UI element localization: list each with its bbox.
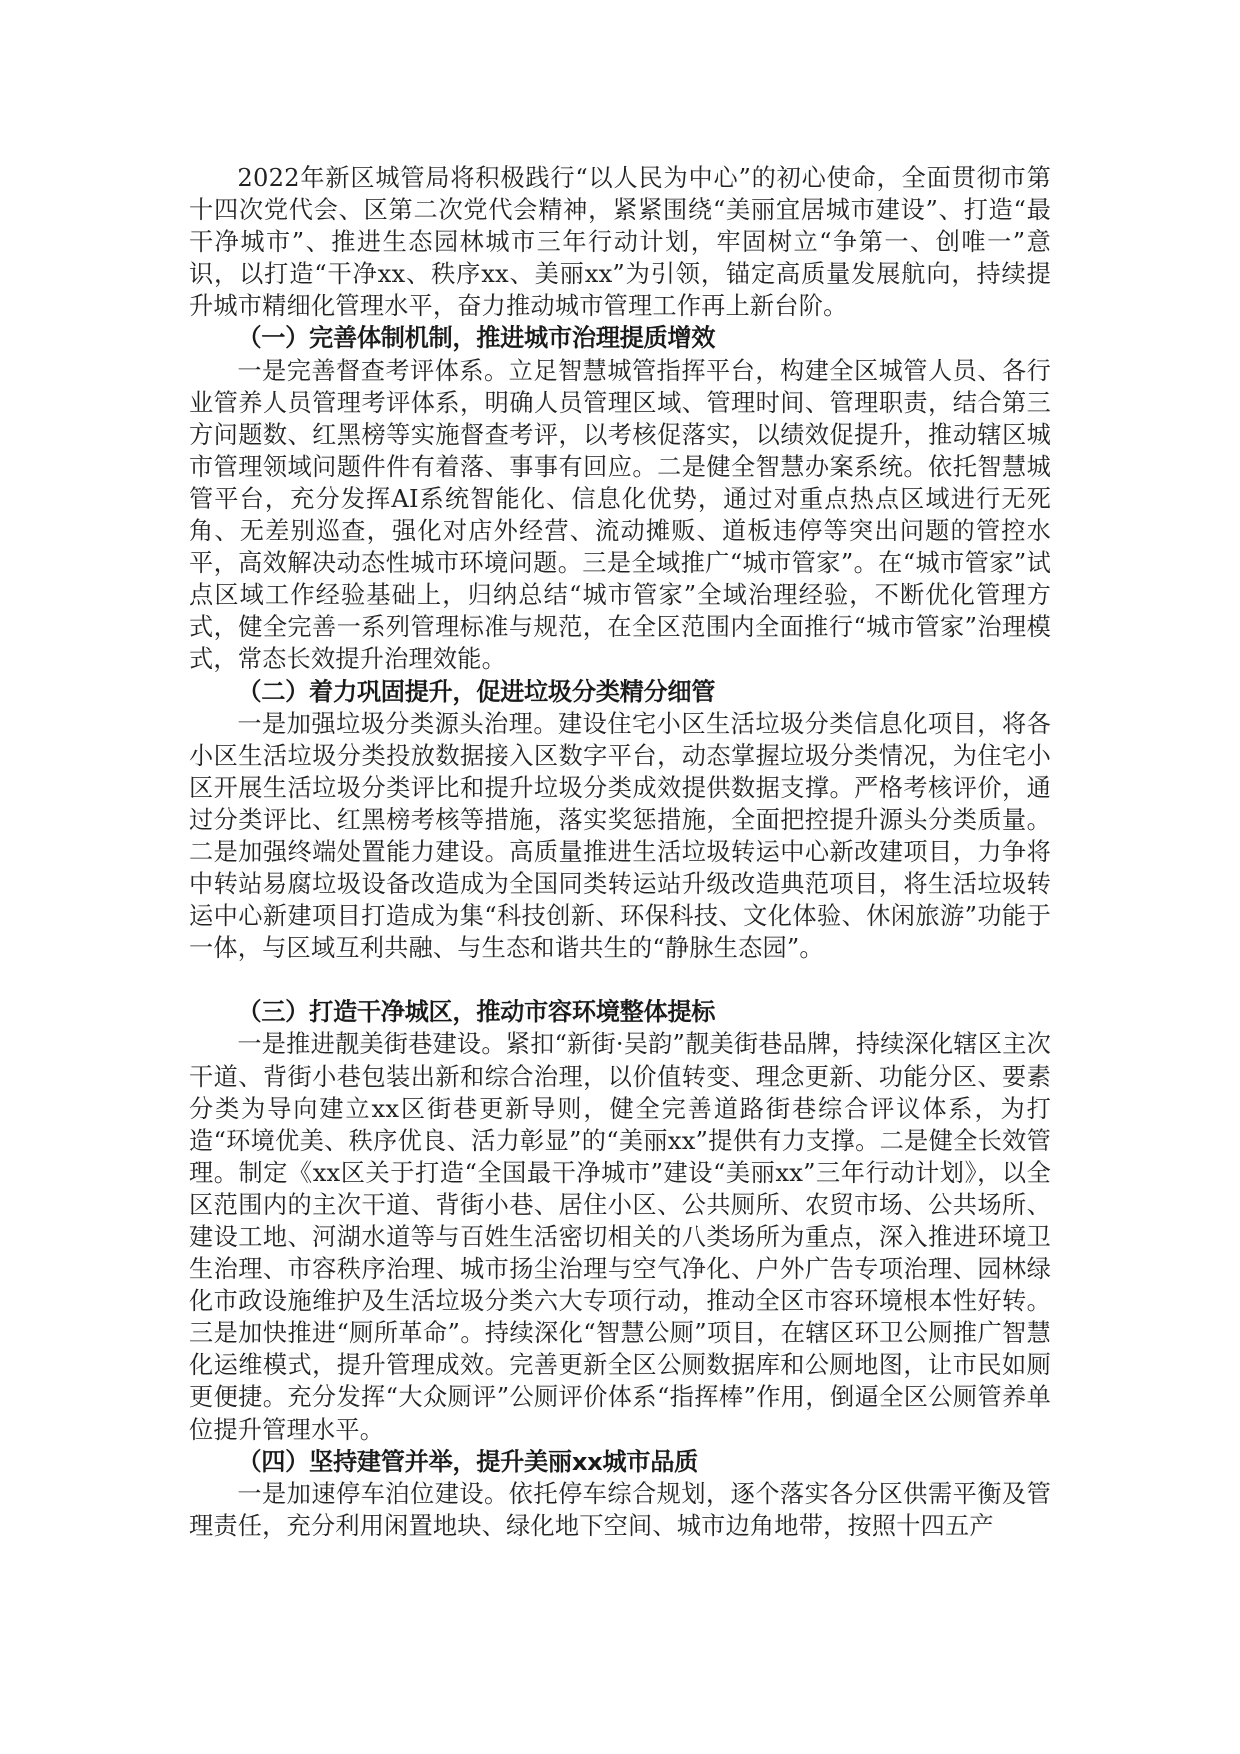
section-heading-4: （四）坚持建管并举，提升美丽xx城市品质 [189,1446,1051,1478]
paragraph-spacer [189,964,1051,996]
section-body-3: 一是推进靓美街巷建设。紧扣“新街·吴韵”靓美街巷品牌，持续深化辖区主次干道、背街… [189,1028,1051,1445]
section-body-4: 一是加速停车泊位建设。依托停车综合规划，逐个落实各分区供需平衡及管理责任，充分利… [189,1478,1051,1542]
section-heading-3: （三）打造干净城区，推动市容环境整体提标 [189,996,1051,1028]
section-body-1: 一是完善督查考评体系。立足智慧城管指挥平台，构建全区城管人员、各行业管养人员管理… [189,355,1051,676]
section-heading-2: （二）着力巩固提升，促进垃圾分类精分细管 [189,676,1051,708]
intro-paragraph: 2022年新区城管局将积极践行“以人民为中心”的初心使命，全面贯彻市第十四次党代… [189,162,1051,322]
section-heading-1: （一）完善体制机制，推进城市治理提质增效 [189,322,1051,354]
document-page: 2022年新区城管局将积极践行“以人民为中心”的初心使命，全面贯彻市第十四次党代… [189,162,1051,1542]
section-body-2: 一是加强垃圾分类源头治理。建设住宅小区生活垃圾分类信息化项目，将各小区生活垃圾分… [189,708,1051,965]
